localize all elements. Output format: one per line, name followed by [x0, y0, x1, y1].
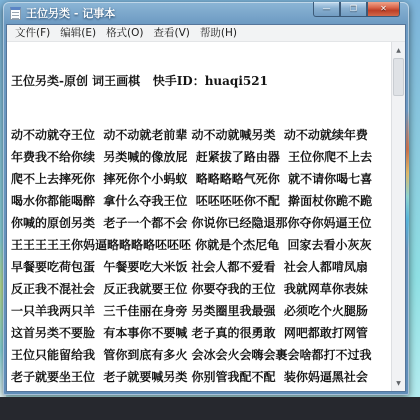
screenshot-stage: 王位另类 - 记事本 — ❐ ✕ 文件(F)编辑(E)格式(O)查看(V)帮助(… [0, 0, 420, 420]
lyric-line: 王王王王王你妈逼略略略略呸呸呸 你就是个杰尼龟 回家去看小灰灰 [11, 239, 391, 252]
document-header-line: 王位另类-原创 词王画棋 快手ID：huaqi521 [11, 75, 391, 88]
lyric-line: 王位只能留给我 管你到底有多火 会冰会火会嗨会裹会啥都打不过我 [11, 349, 391, 362]
lyric-line: 早餐要吃荷包蛋 午餐要吃大米饭 社会人都不爱看 社会人都啃凤扇 [11, 261, 391, 274]
menu-item[interactable]: 格式(O) [101, 24, 148, 42]
close-button[interactable]: ✕ [367, 2, 400, 17]
menu-item[interactable]: 文件(F) [10, 24, 55, 42]
notepad-window: 王位另类 - 记事本 — ❐ ✕ 文件(F)编辑(E)格式(O)查看(V)帮助(… [3, 2, 409, 395]
lyric-line: 年费我不给你续 另类喊的像放屁 赶紧拔了路由器 王位你爬不上去 [11, 151, 391, 164]
menu-item[interactable]: 帮助(H) [195, 24, 242, 42]
menu-item[interactable]: 查看(V) [149, 24, 195, 42]
window-controls: — ❐ ✕ [313, 2, 400, 17]
letterbox-bar [0, 397, 420, 420]
lyric-line: 反正我不混社会 反正我就要王位 你要夺我的王位 我就网草你表妹 [11, 283, 391, 296]
lyric-line: 喝水你都能喝醉 拿什么夺我王位 呸呸呸呸你不配 擀面杖你跪不跪 [11, 195, 391, 208]
scrollbar-thumb[interactable] [393, 58, 404, 96]
text-editor-area[interactable]: 王位另类-原创 词王画棋 快手ID：huaqi521 动不动就夺王位 动不动就老… [7, 42, 391, 391]
scroll-up-icon[interactable]: ▲ [392, 43, 405, 57]
lyric-line: 老子就要坐王位 老子就要喊另类 你别管我配不配 装你妈逼黑社会 [11, 371, 391, 384]
window-title: 王位另类 - 记事本 [26, 5, 115, 21]
menu-item[interactable]: 编辑(E) [55, 24, 101, 42]
window-body: 文件(F)编辑(E)格式(O)查看(V)帮助(H) 王位另类-原创 词王画棋 快… [6, 24, 406, 392]
lyric-line: 这首另类不要脸 有本事你不要喊 老子真的很勇敢 网吧都敢打网管 [11, 327, 391, 340]
lyric-line: 你喊的原创另类 老子一个都不会 你说你已经隐退那你夺你妈逼王位 [11, 217, 391, 230]
minimize-button[interactable]: — [313, 2, 340, 17]
lyric-lines: 动不动就夺王位 动不动就老前辈 动不动就喊另类 动不动就续年费年费我不给你续 另… [11, 129, 391, 384]
vertical-scrollbar[interactable]: ▲ ▼ [391, 42, 405, 391]
scroll-down-icon[interactable]: ▼ [392, 376, 405, 390]
lyric-line: 动不动就夺王位 动不动就老前辈 动不动就喊另类 动不动就续年费 [11, 129, 391, 142]
menu-bar: 文件(F)编辑(E)格式(O)查看(V)帮助(H) [7, 25, 405, 42]
maximize-button[interactable]: ❐ [340, 2, 367, 17]
lyric-line: 爬不上去摔死你 摔死你个小蚂蚁 略略略略气死你 就不请你喝七喜 [11, 173, 391, 186]
notepad-icon [10, 7, 21, 20]
lyric-line: 一只羊我两只羊 三千佳丽在身旁 另类圈里我最强 必须吃个火腿肠 [11, 305, 391, 318]
